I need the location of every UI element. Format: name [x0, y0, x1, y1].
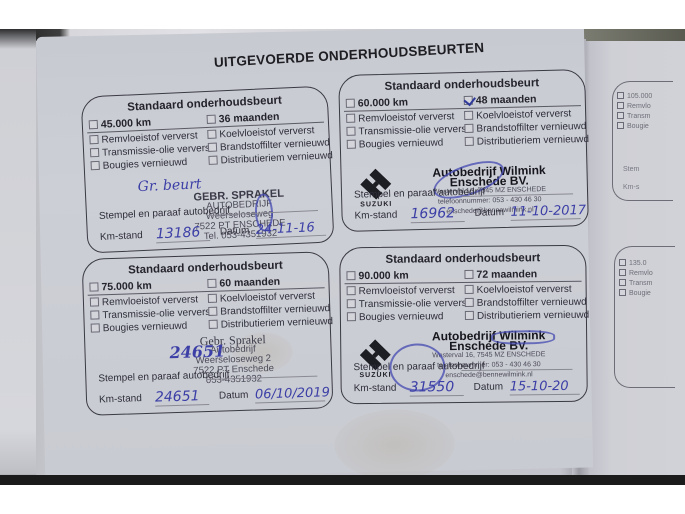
- date-value: 24-11-16: [255, 220, 326, 239]
- task-distributieriem: Distributieriem vernieuwd: [465, 309, 589, 323]
- km-interval: 90.000 km: [346, 270, 408, 283]
- task-koelvloeistof: Koelvloeistof ververst: [465, 283, 589, 297]
- task-distributieriem: Distributieriem vernieuwd: [209, 315, 334, 332]
- service-card-45000: Standaard onderhoudsbeurt 45.000 km 36 m…: [81, 85, 335, 253]
- checkbox-icon: [90, 310, 99, 319]
- card-heading: Standaard onderhoudsbeurt: [339, 76, 584, 94]
- checkbox-icon: [346, 114, 355, 123]
- checkbox-icon: [347, 299, 356, 308]
- checkbox-icon: [89, 120, 98, 129]
- handwritten-overlay: 24651: [169, 341, 225, 362]
- checkbox-icon: [207, 115, 216, 124]
- km-value: 16962: [410, 205, 464, 223]
- partial-card-next-1: 105.000 Remvlo Transm Bougie Stem Km-s: [612, 81, 673, 201]
- date-label: Datum: [474, 382, 504, 393]
- km-label: Km-stand: [354, 383, 397, 394]
- task-remvloeistof: Remvloeistof ververst: [347, 284, 470, 298]
- checkbox-icon: [91, 323, 100, 332]
- km-interval: 75.000 km: [89, 280, 152, 294]
- task-bougies: Bougies vernieuwd: [91, 319, 214, 336]
- task-distributieriem: Distributieriem vernieuwd: [465, 133, 590, 149]
- months-interval: 72 maanden: [464, 268, 537, 281]
- partial-card-next-2: 135.0 Remvlo Transm Bougie: [614, 246, 675, 388]
- checkbox-icon: [465, 298, 474, 307]
- task-bougies: Bougies vernieuwd: [347, 310, 470, 324]
- card-heading: Standaard onderhoudsbeurt: [340, 252, 585, 267]
- checkbox-icon: [209, 320, 218, 329]
- km-interval: 60.000 km: [346, 96, 408, 110]
- checkbox-icon: [207, 130, 216, 139]
- checkbox-icon: [464, 270, 473, 279]
- km-label: Km-stand: [99, 393, 142, 405]
- checkbox-icon: [347, 286, 356, 295]
- checkbox-icon: [617, 122, 624, 129]
- background-bottom: [0, 475, 685, 485]
- checkbox-icon: [346, 127, 355, 136]
- service-card-60000: Standaard onderhoudsbeurt 60.000 km 48 m…: [338, 69, 589, 232]
- checkbox-icon: [208, 307, 217, 316]
- background-left: [0, 29, 36, 485]
- stain: [334, 408, 455, 480]
- card-heading: Standaard onderhoudsbeurt: [83, 258, 328, 278]
- km-label: Km-stand: [354, 210, 397, 222]
- checkbox-icon: [619, 279, 626, 286]
- checkbox-icon: [347, 312, 356, 321]
- checkbox-icon: [619, 259, 626, 266]
- checkbox-icon: [346, 99, 355, 108]
- right-page: 105.000 Remvlo Transm Bougie Stem Km-s 1…: [582, 41, 685, 479]
- km-value: 24651: [155, 388, 210, 407]
- km-label: Km-stand: [100, 230, 143, 243]
- checkbox-icon: [207, 279, 216, 288]
- date-value: 06/10/2019: [255, 385, 325, 403]
- checkbox-icon: [346, 271, 355, 280]
- checkbox-icon: [90, 297, 99, 306]
- checkbox-icon: [617, 102, 624, 109]
- checkbox-icon: [347, 140, 356, 149]
- checkbox-icon: [465, 311, 474, 320]
- checkbox-icon: [89, 135, 98, 144]
- date-value: 11-10-2017: [510, 203, 580, 221]
- checkbox-icon: [617, 92, 624, 99]
- km-value: 13186: [156, 224, 211, 243]
- checkbox-icon: [208, 156, 217, 165]
- date-label: Datum: [474, 207, 504, 219]
- date-label: Datum: [220, 225, 250, 237]
- checkbox-icon: [465, 285, 474, 294]
- stamp-label: Stempel en paraaf autobedrijf: [353, 361, 484, 373]
- checkbox-icon: [89, 282, 98, 291]
- checkbox-icon: [91, 161, 100, 170]
- checkbox-icon: [465, 137, 474, 146]
- task-transmissie: Transmissie-olie ververst: [347, 297, 470, 311]
- task-bougies: Bougies vernieuwd: [347, 136, 470, 152]
- months-interval: 60 maanden: [207, 276, 280, 290]
- km-value: 31550: [410, 379, 464, 397]
- booklet-photo: 105.000 Remvlo Transm Bougie Stem Km-s 1…: [0, 29, 685, 485]
- checkbox-icon: [619, 269, 626, 276]
- date-value: 15-10-20: [510, 379, 580, 396]
- signature-scribble: [491, 330, 555, 345]
- months-interval: 48 maanden: [464, 93, 537, 107]
- date-label: Datum: [219, 390, 249, 402]
- checkbox-icon: [464, 111, 473, 120]
- checkbox-icon: [90, 148, 99, 157]
- service-card-75000: Standaard onderhoudsbeurt 75.000 km 60 m…: [82, 251, 334, 416]
- checkbox-icon: [208, 294, 217, 303]
- checkbox-checked-icon: [464, 96, 473, 105]
- checkbox-icon: [617, 112, 624, 119]
- task-brandstoffilter: Brandstoffilter vernieuwd: [465, 296, 589, 310]
- service-card-90000: Standaard onderhoudsbeurt 90.000 km 72 m…: [339, 245, 588, 405]
- card-heading: Standaard onderhoudsbeurt: [82, 93, 327, 116]
- checkbox-icon: [464, 124, 473, 133]
- checkbox-icon: [208, 143, 217, 152]
- checkbox-icon: [619, 289, 626, 296]
